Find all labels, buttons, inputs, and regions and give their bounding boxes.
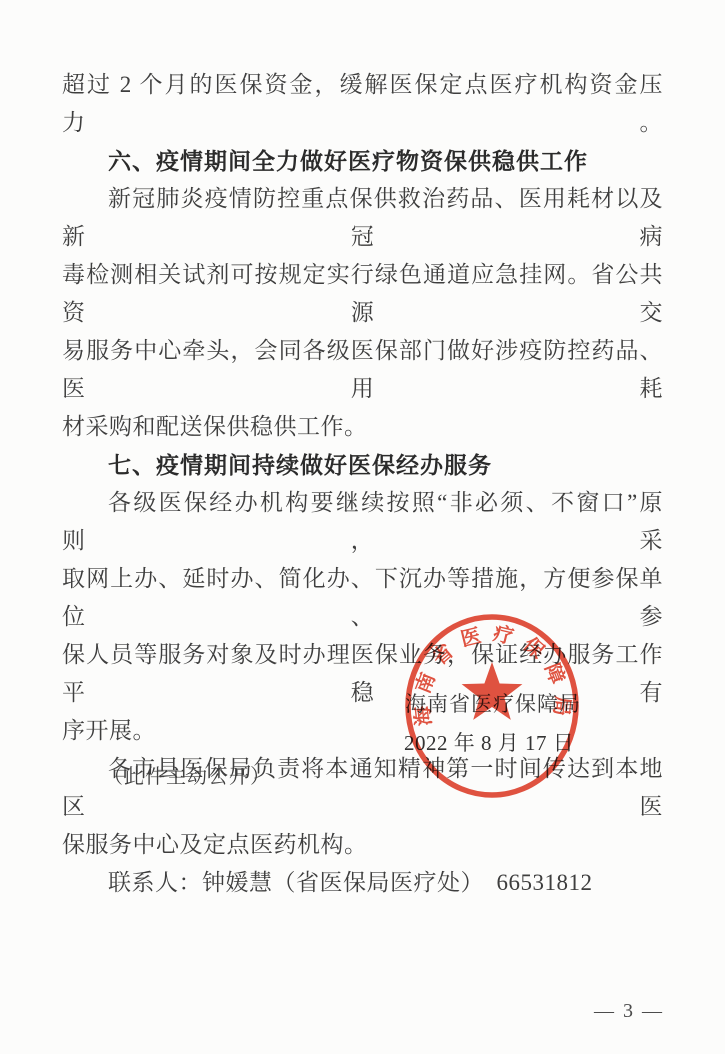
section-heading-7: 七、疫情期间持续做好医保经办服务 [62, 446, 663, 484]
body-line: 材采购和配送保供稳供工作。 [62, 408, 663, 446]
body-line: 新冠肺炎疫情防控重点保供救治药品、医用耗材以及新冠病 [62, 180, 663, 256]
official-seal: 海南省医疗保障局 [403, 614, 583, 800]
body-line: 超过 2 个月的医保资金，缓解医保定点医疗机构资金压力。 [62, 66, 663, 142]
section-heading-6: 六、疫情期间全力做好医疗物资保供稳供工作 [62, 142, 663, 180]
body-line: 毒检测相关试剂可按规定实行绿色通道应急挂网。省公共资源交 [62, 256, 663, 332]
body-line: 各级医保经办机构要继续按照“非必须、不窗口”原则，采 [62, 484, 663, 560]
document-page: 超过 2 个月的医保资金，缓解医保定点医疗机构资金压力。 六、疫情期间全力做好医… [0, 0, 725, 1054]
body-line: 保服务中心及定点医药机构。 [62, 826, 663, 864]
star-icon [462, 662, 523, 720]
disclosure-note: （此件主动公开） [103, 760, 271, 789]
page-number: — 3 — [594, 1000, 664, 1023]
body-line: 易服务中心牵头，会同各级医保部门做好涉疫防控药品、医用耗 [62, 332, 663, 408]
contact-line: 联系人：钟媛慧（省医保局医疗处） 66531812 [62, 864, 663, 902]
